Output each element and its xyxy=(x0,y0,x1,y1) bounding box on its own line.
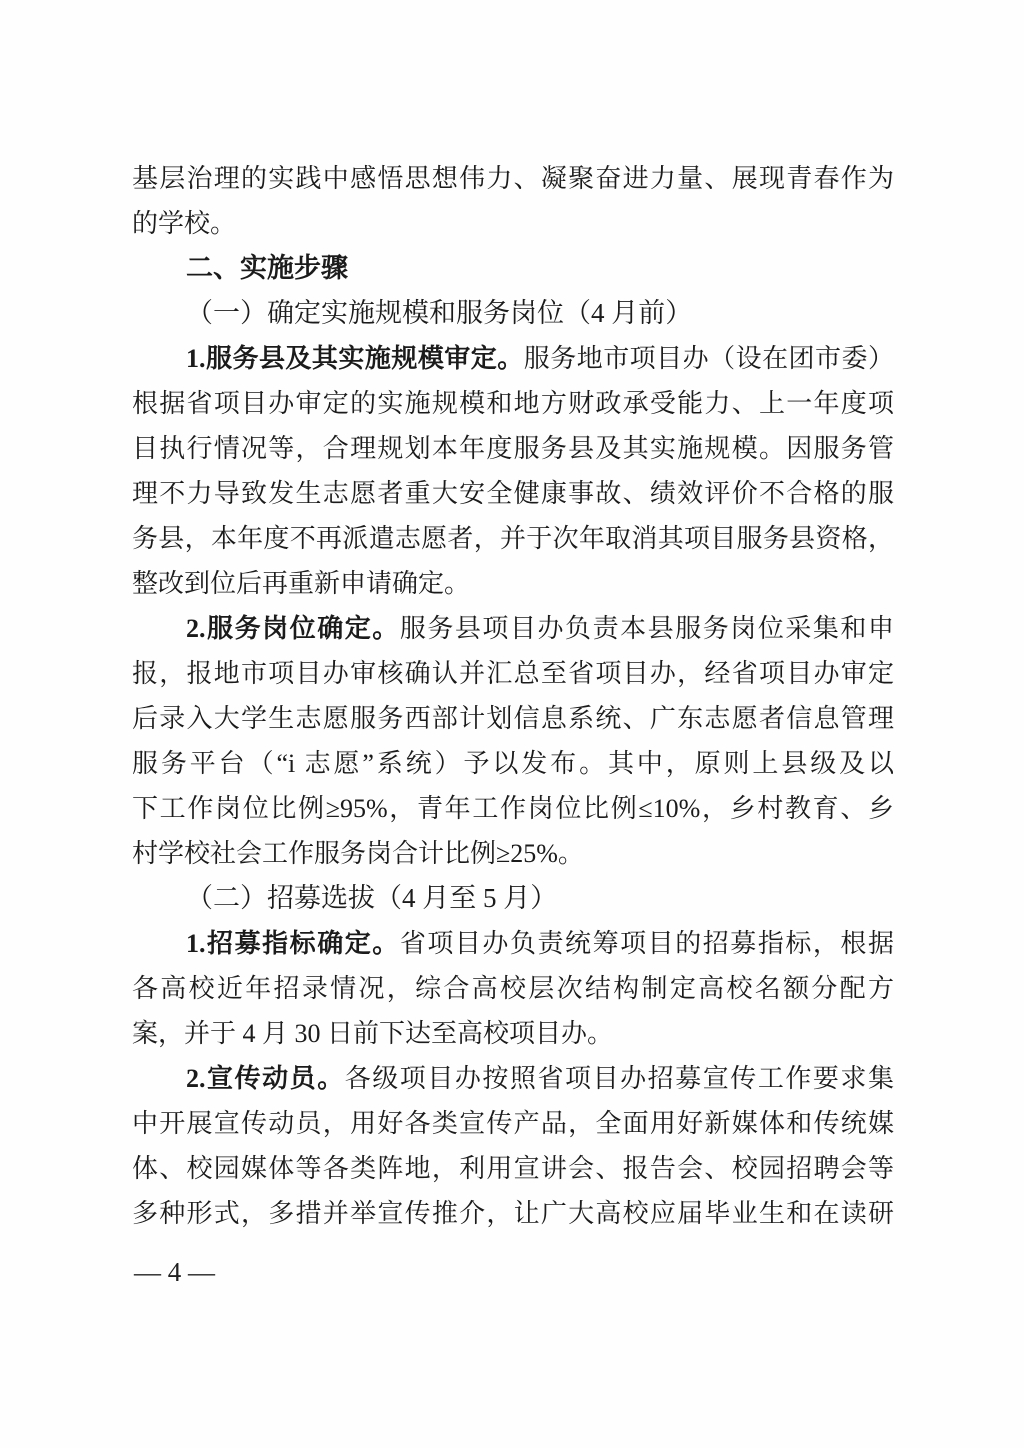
text-line: 1.服务县及其实施规模审定。服务地市项目办（设在团市委） xyxy=(132,336,894,381)
bold-lead-text: 1.招募指标确定。 xyxy=(186,929,400,958)
text-line: 的学校。 xyxy=(132,201,894,246)
text-segment: 理不力导致发生志愿者重大安全健康事故、绩效评价不合格的服 xyxy=(132,479,894,508)
text-block: 基层治理的实践中感悟思想伟力、凝聚奋进力量、展现青春作为的学校。二、实施步骤（一… xyxy=(132,156,894,1236)
bold-lead-text: 1.服务县及其实施规模审定。 xyxy=(186,344,524,373)
text-line: （二）招募选拔（4 月至 5 月） xyxy=(132,876,894,921)
text-line: 基层治理的实践中感悟思想伟力、凝聚奋进力量、展现青春作为 xyxy=(132,156,894,201)
text-segment: 体、校园媒体等各类阵地，利用宣讲会、报告会、校园招聘会等 xyxy=(132,1154,894,1183)
text-line: 案，并于 4 月 30 日前下达至高校项目办。 xyxy=(132,1011,894,1056)
text-segment: 多种形式，多措并举宣传推介，让广大高校应届毕业生和在读研 xyxy=(132,1199,894,1228)
text-segment: （一）确定实施规模和服务岗位（4 月前） xyxy=(186,298,692,328)
text-line: 根据省项目办审定的实施规模和地方财政承受能力、上一年度项 xyxy=(132,381,894,426)
text-line: 整改到位后再重新申请确定。 xyxy=(132,561,894,606)
text-segment: 整改到位后再重新申请确定。 xyxy=(132,569,470,598)
text-line: 服务平台（“i 志愿”系统）予以发布。其中，原则上县级及以 xyxy=(132,741,894,786)
bold-lead-text: 2.服务岗位确定。 xyxy=(186,614,400,643)
text-segment: 中开展宣传动员，用好各类宣传产品，全面用好新媒体和传统媒 xyxy=(132,1109,894,1138)
text-segment: 村学校社会工作服务岗合计比例≥25%。 xyxy=(132,839,584,868)
text-segment: 下工作岗位比例≥95%，青年工作岗位比例≤10%，乡村教育、乡 xyxy=(132,794,894,823)
text-segment: 务县，本年度不再派遣志愿者，并于次年取消其项目服务县资格， xyxy=(132,524,894,553)
text-line: 体、校园媒体等各类阵地，利用宣讲会、报告会、校园招聘会等 xyxy=(132,1146,894,1191)
text-segment: 省项目办负责统筹项目的招募指标，根据 xyxy=(400,929,894,958)
text-line: 理不力导致发生志愿者重大安全健康事故、绩效评价不合格的服 xyxy=(132,471,894,516)
text-line: 目执行情况等，合理规划本年度服务县及其实施规模。因服务管 xyxy=(132,426,894,471)
text-segment: 后录入大学生志愿服务西部计划信息系统、广东志愿者信息管理 xyxy=(132,704,894,733)
text-line: 2.宣传动员。各级项目办按照省项目办招募宣传工作要求集 xyxy=(132,1056,894,1101)
text-segment: 各高校近年招录情况，综合高校层次结构制定高校名额分配方 xyxy=(132,974,894,1003)
text-line: 中开展宣传动员，用好各类宣传产品，全面用好新媒体和传统媒 xyxy=(132,1101,894,1146)
text-line: 务县，本年度不再派遣志愿者，并于次年取消其项目服务县资格， xyxy=(132,516,894,561)
text-line: 各高校近年招录情况，综合高校层次结构制定高校名额分配方 xyxy=(132,966,894,1011)
text-segment: （二）招募选拔（4 月至 5 月） xyxy=(186,883,557,913)
text-line: 报，报地市项目办审核确认并汇总至省项目办，经省项目办审定 xyxy=(132,651,894,696)
page-footer: — 4 — xyxy=(134,1250,215,1295)
text-segment: 案，并于 4 月 30 日前下达至高校项目办。 xyxy=(132,1019,613,1048)
text-line: 二、实施步骤 xyxy=(132,246,894,291)
text-segment: 基层治理的实践中感悟思想伟力、凝聚奋进力量、展现青春作为 xyxy=(132,164,894,193)
text-segment: 的学校。 xyxy=(132,209,236,238)
text-segment: 各级项目办按照省项目办招募宣传工作要求集 xyxy=(345,1064,894,1093)
text-line: 1.招募指标确定。省项目办负责统筹项目的招募指标，根据 xyxy=(132,921,894,966)
text-line: （一）确定实施规模和服务岗位（4 月前） xyxy=(132,291,894,336)
text-line: 多种形式，多措并举宣传推介，让广大高校应届毕业生和在读研 xyxy=(132,1191,894,1236)
text-line: 下工作岗位比例≥95%，青年工作岗位比例≤10%，乡村教育、乡 xyxy=(132,786,894,831)
text-segment: 服务县项目办负责本县服务岗位采集和申 xyxy=(400,614,894,643)
text-line: 2.服务岗位确定。服务县项目办负责本县服务岗位采集和申 xyxy=(132,606,894,651)
text-segment: 服务平台（“i 志愿”系统）予以发布。其中，原则上县级及以 xyxy=(132,749,894,778)
text-segment: 根据省项目办审定的实施规模和地方财政承受能力、上一年度项 xyxy=(132,389,894,418)
text-segment: 服务地市项目办（设在团市委） xyxy=(524,344,894,373)
text-line: 后录入大学生志愿服务西部计划信息系统、广东志愿者信息管理 xyxy=(132,696,894,741)
text-segment: 目执行情况等，合理规划本年度服务县及其实施规模。因服务管 xyxy=(132,434,894,463)
text-segment: 报，报地市项目办审核确认并汇总至省项目办，经省项目办审定 xyxy=(132,659,894,688)
text-line: 村学校社会工作服务岗合计比例≥25%。 xyxy=(132,831,894,876)
page-number: — 4 — xyxy=(134,1257,215,1287)
bold-lead-text: 二、实施步骤 xyxy=(186,253,348,283)
document-page: 基层治理的实践中感悟思想伟力、凝聚奋进力量、展现青春作为的学校。二、实施步骤（一… xyxy=(0,0,1024,1448)
bold-lead-text: 2.宣传动员。 xyxy=(186,1064,345,1093)
